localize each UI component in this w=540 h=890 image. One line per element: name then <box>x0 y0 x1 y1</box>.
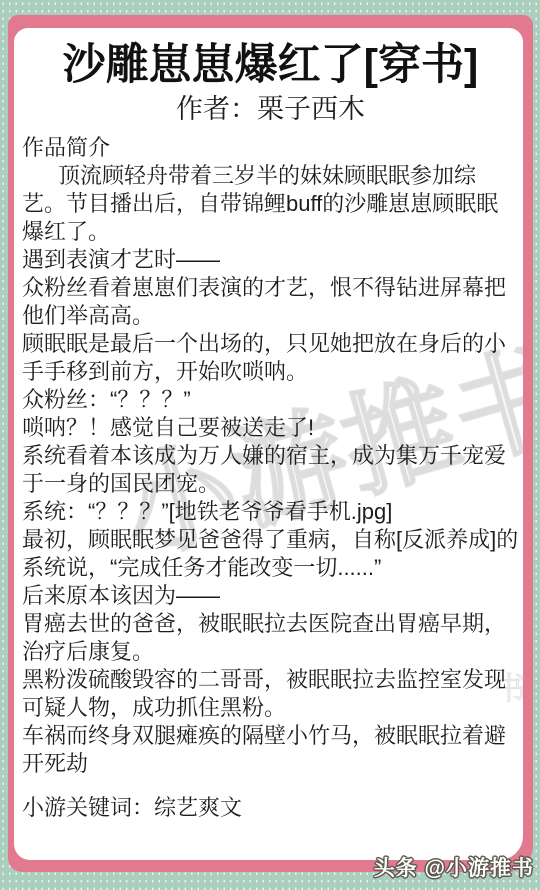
intro-paragraph: 唢呐？！感觉自己要被送走了! <box>22 414 519 442</box>
intro-paragraphs: 顶流顾轻舟带着三岁半的妹妹顾眠眠参加综艺。节目播出后，自带锦鲤buff的沙雕崽崽… <box>22 162 519 778</box>
content-panel: 小游推书 小游推书 沙雕崽崽爆红了[穿书] 作者：栗子西木 作品简介 顶流顾轻舟… <box>14 28 523 860</box>
book-title: 沙雕崽崽爆红了[穿书] <box>22 38 519 90</box>
intro-paragraph: 顶流顾轻舟带着三岁半的妹妹顾眠眠参加综艺。节目播出后，自带锦鲤buff的沙雕崽崽… <box>22 162 519 246</box>
intro-paragraph: 遇到表演才艺时—— <box>22 246 519 274</box>
content-inner: 沙雕崽崽爆红了[穿书] 作者：栗子西木 作品简介 顶流顾轻舟带着三岁半的妹妹顾眠… <box>14 28 523 822</box>
intro-paragraph: 系统看着本该成为万人嫌的宿主，成为集万千宠爱于一身的国民团宠。 <box>22 442 519 498</box>
intro-paragraph: 顾眠眠是最后一个出场的，只见她把放在身后的小手手移到前方，开始吹唢呐。 <box>22 330 519 386</box>
book-author: 作者：栗子西木 <box>22 94 519 124</box>
intro-paragraph: 黑粉泼硫酸毁容的二哥哥，被眠眠拉去监控室发现可疑人物，成功抓住黑粉。 <box>22 666 519 722</box>
pink-border-frame: 小游推书 小游推书 沙雕崽崽爆红了[穿书] 作者：栗子西木 作品简介 顶流顾轻舟… <box>8 15 533 872</box>
intro-paragraph: 系统：“？？？”[地铁老爷爷看手机.jpg] <box>22 498 519 526</box>
intro-paragraph: 最初，顾眠眠梦见爸爸得了重病，自称[反派养成]的系统说，“完成任务才能改变一切.… <box>22 526 519 582</box>
intro-paragraph: 胃癌去世的爸爸，被眠眠拉去医院查出胃癌早期，治疗后康复。 <box>22 610 519 666</box>
intro-section-label: 作品简介 <box>22 134 519 162</box>
book-promo-image: { "content": { "title": "沙雕崽崽爆红了[穿书]", "… <box>0 0 540 890</box>
book-intro: 作品简介 顶流顾轻舟带着三岁半的妹妹顾眠眠参加综艺。节目播出后，自带锦鲤buff… <box>22 134 519 822</box>
intro-paragraph: 众粉丝：“？？？” <box>22 386 519 414</box>
keywords-line: 小游关键词：综艺爽文 <box>22 794 519 822</box>
intro-paragraph: 车祸而终身双腿瘫痪的隔壁小竹马，被眠眠拉着避开死劫 <box>22 722 519 778</box>
toutiao-attribution: 头条 @小游推书 <box>374 852 534 882</box>
intro-paragraph: 后来原本该因为—— <box>22 582 519 610</box>
intro-paragraph: 众粉丝看着崽崽们表演的才艺，恨不得钻进屏幕把他们举高高。 <box>22 274 519 330</box>
